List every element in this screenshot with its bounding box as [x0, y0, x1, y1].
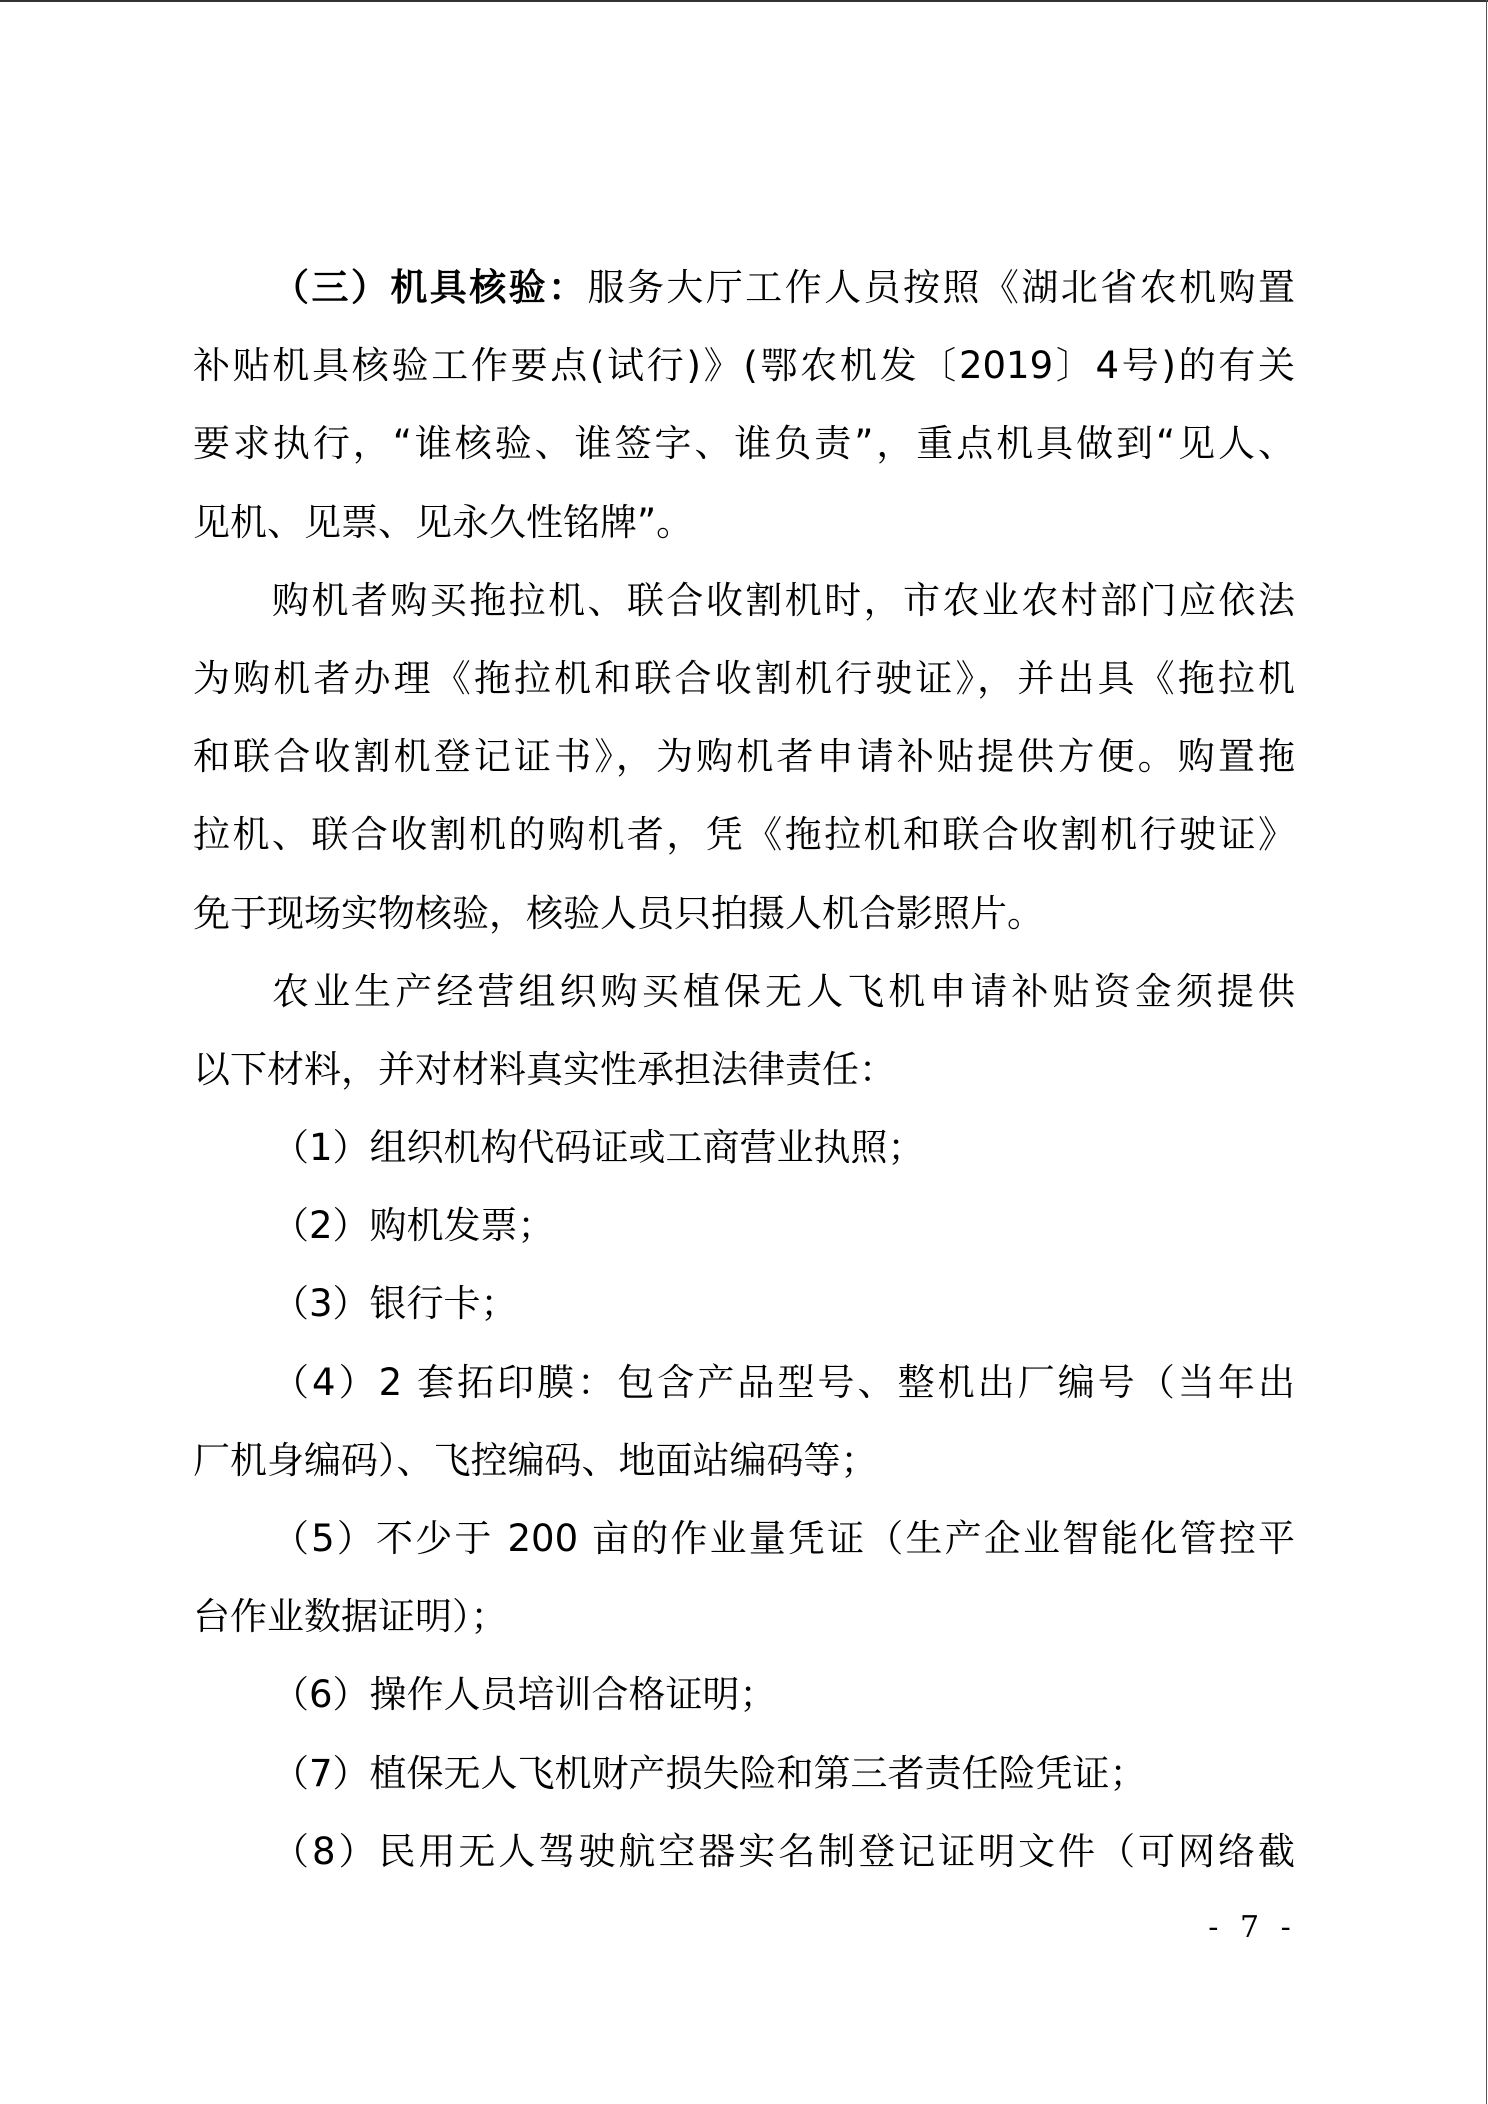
list-item: （5）不少于 200 亩的作业量凭证（生产企业智能化管控平 台作业数据证明）； — [193, 1500, 1295, 1656]
text-line: （3）银行卡； — [193, 1265, 1295, 1343]
text-line: 厂机身编码）、飞控编码、地面站编码等； — [193, 1422, 1295, 1500]
materials-list: （1）组织机构代码证或工商营业执照； （2）购机发票； （3）银行卡； （4）2… — [193, 1109, 1295, 1891]
text-line: 购机者购买拖拉机、联合收割机时，市农业农村部门应依法 — [193, 562, 1295, 640]
list-item: （1）组织机构代码证或工商营业执照； — [193, 1109, 1295, 1187]
text-line: 农业生产经营组织购买植保无人飞机申请补贴资金须提供 — [193, 953, 1295, 1031]
text-line: （三）机具核验：服务大厅工作人员按照《湖北省农机购置 — [193, 249, 1295, 327]
text-line: 拉机、联合收割机的购机者，凭《拖拉机和联合收割机行驶证》 — [193, 796, 1295, 874]
list-item: （7）植保无人飞机财产损失险和第三者责任险凭证； — [193, 1735, 1295, 1813]
text-line: （8）民用无人驾驶航空器实名制登记证明文件（可网络截 — [193, 1813, 1295, 1891]
text-line: 为购机者办理《拖拉机和联合收割机行驶证》，并出具《拖拉机 — [193, 640, 1295, 718]
page-number: - 7 - — [1205, 1910, 1300, 1945]
text-line: 免于现场实物核验，核验人员只拍摄人机合影照片。 — [193, 875, 1295, 953]
list-item: （6）操作人员培训合格证明； — [193, 1656, 1295, 1734]
text-line: 和联合收割机登记证书》，为购机者申请补贴提供方便。购置拖 — [193, 718, 1295, 796]
text-line: 以下材料，并对材料真实性承担法律责任： — [193, 1031, 1295, 1109]
text-line: 补贴机具核验工作要点(试行)》(鄂农机发〔2019〕4号)的有关 — [193, 327, 1295, 405]
section-machine-verification: （三）机具核验：服务大厅工作人员按照《湖北省农机购置 补贴机具核验工作要点(试行… — [193, 249, 1295, 562]
text-line: （7）植保无人飞机财产损失险和第三者责任险凭证； — [193, 1735, 1295, 1813]
text-line: （5）不少于 200 亩的作业量凭证（生产企业智能化管控平 — [193, 1500, 1295, 1578]
list-item: （4）2 套拓印膜：包含产品型号、整机出厂编号（当年出 厂机身编码）、飞控编码、… — [193, 1344, 1295, 1500]
text-line: （6）操作人员培训合格证明； — [193, 1656, 1295, 1734]
right-border — [1486, 0, 1487, 2104]
text-line: （2）购机发票； — [193, 1187, 1295, 1265]
text-line: 要求执行，“谁核验、谁签字、谁负责”，重点机具做到“见人、 — [193, 405, 1295, 483]
paragraph-drone-materials: 农业生产经营组织购买植保无人飞机申请补贴资金须提供 以下材料，并对材料真实性承担… — [193, 953, 1295, 1109]
section-heading: （三）机具核验： — [272, 266, 588, 309]
text-line: 台作业数据证明）； — [193, 1578, 1295, 1656]
text-line: 见机、见票、见永久性铭牌”。 — [193, 484, 1295, 562]
text-line: （1）组织机构代码证或工商营业执照； — [193, 1109, 1295, 1187]
list-item: （8）民用无人驾驶航空器实名制登记证明文件（可网络截 — [193, 1813, 1295, 1891]
text-line: （4）2 套拓印膜：包含产品型号、整机出厂编号（当年出 — [193, 1344, 1295, 1422]
list-item: （2）购机发票； — [193, 1187, 1295, 1265]
document-body: （三）机具核验：服务大厅工作人员按照《湖北省农机购置 补贴机具核验工作要点(试行… — [193, 249, 1295, 1891]
top-border — [0, 0, 1488, 2]
paragraph-tractor-license: 购机者购买拖拉机、联合收割机时，市农业农村部门应依法 为购机者办理《拖拉机和联合… — [193, 562, 1295, 953]
list-item: （3）银行卡； — [193, 1265, 1295, 1343]
